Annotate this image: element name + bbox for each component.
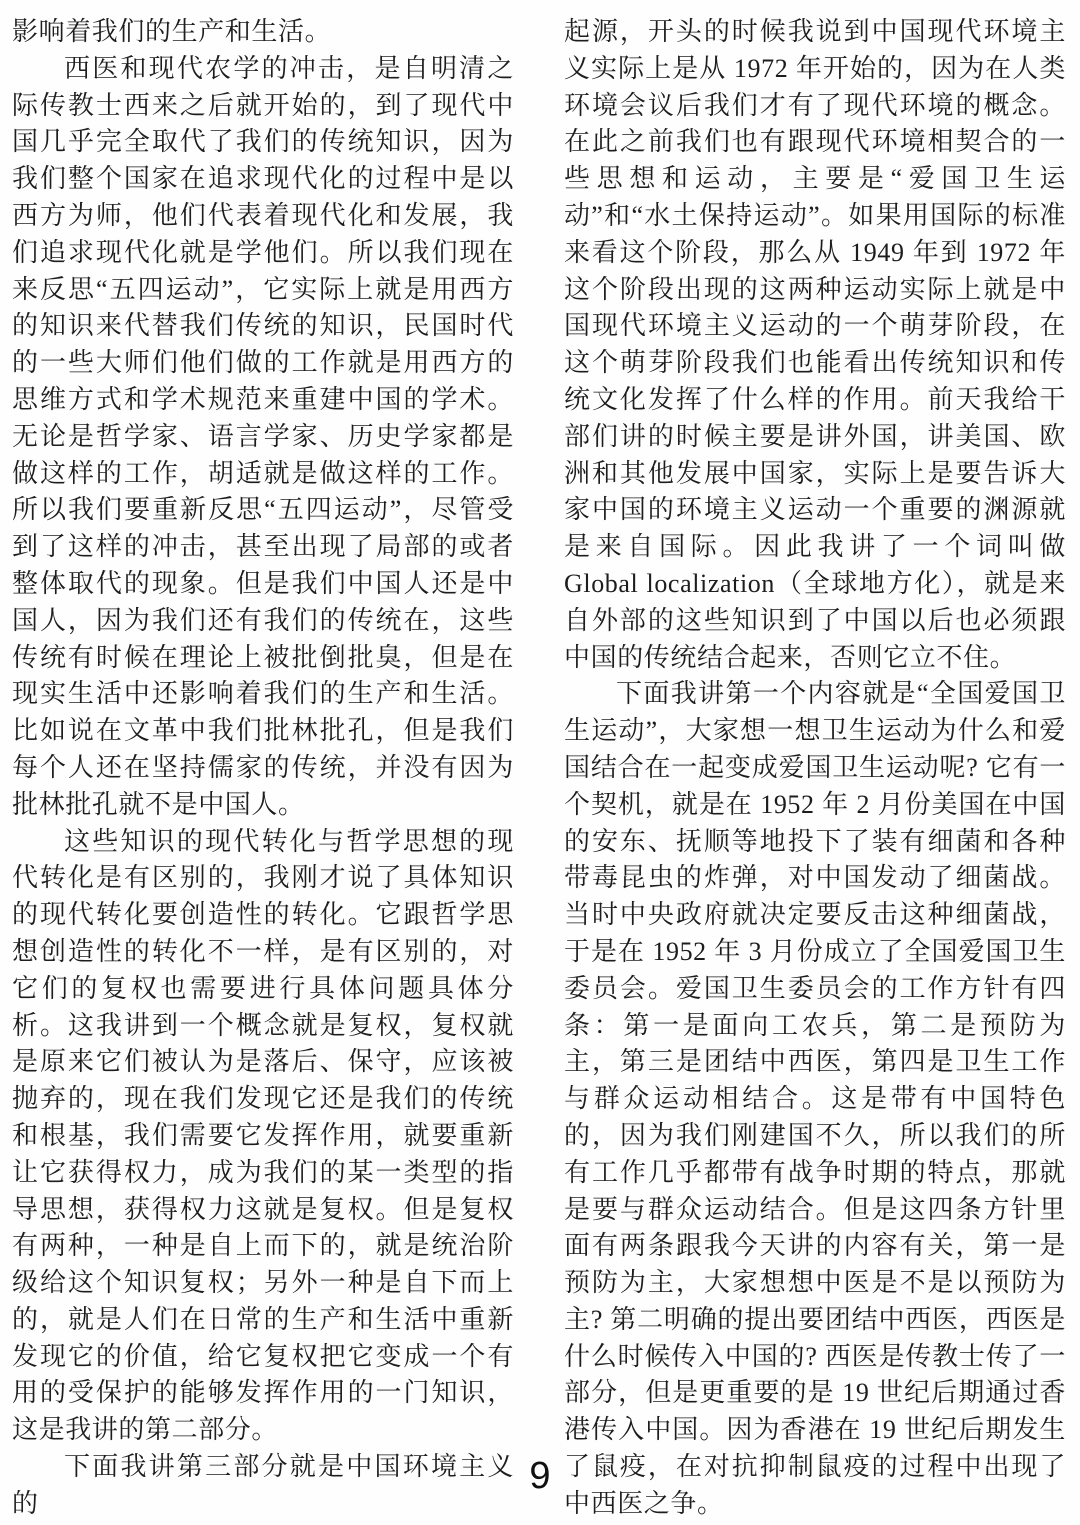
text-column-right: 起源，开头的时候我说到中国现代环境主义实际上是从 1972 年开始的，因为在人类… [564,14,1066,1523]
two-column-text-layout: 影响着我们的生产和生活。 西医和现代农学的冲击，是自明清之际传教士西来之后就开始… [0,0,1080,1523]
paragraph: 这些知识的现代转化与哲学思想的现代转化是有区别的，我刚才说了具体知识的现代转化要… [12,824,514,1450]
paragraph: 下面我讲第一个内容就是“全国爱国卫生运动”，大家想一想卫生运动为什么和爱国结合在… [564,676,1066,1522]
paragraph-continuation: 起源，开头的时候我说到中国现代环境主义实际上是从 1972 年开始的，因为在人类… [564,14,1066,676]
paragraph-continuation: 影响着我们的生产和生活。 [12,14,514,51]
text-column-left: 影响着我们的生产和生活。 西医和现代农学的冲击，是自明清之际传教士西来之后就开始… [12,14,514,1523]
document-page: 影响着我们的生产和生活。 西医和现代农学的冲击，是自明清之际传教士西来之后就开始… [0,0,1080,1525]
page-number: 9 [0,1455,1080,1498]
paragraph: 西医和现代农学的冲击，是自明清之际传教士西来之后就开始的，到了现代中国几乎完全取… [12,51,514,824]
